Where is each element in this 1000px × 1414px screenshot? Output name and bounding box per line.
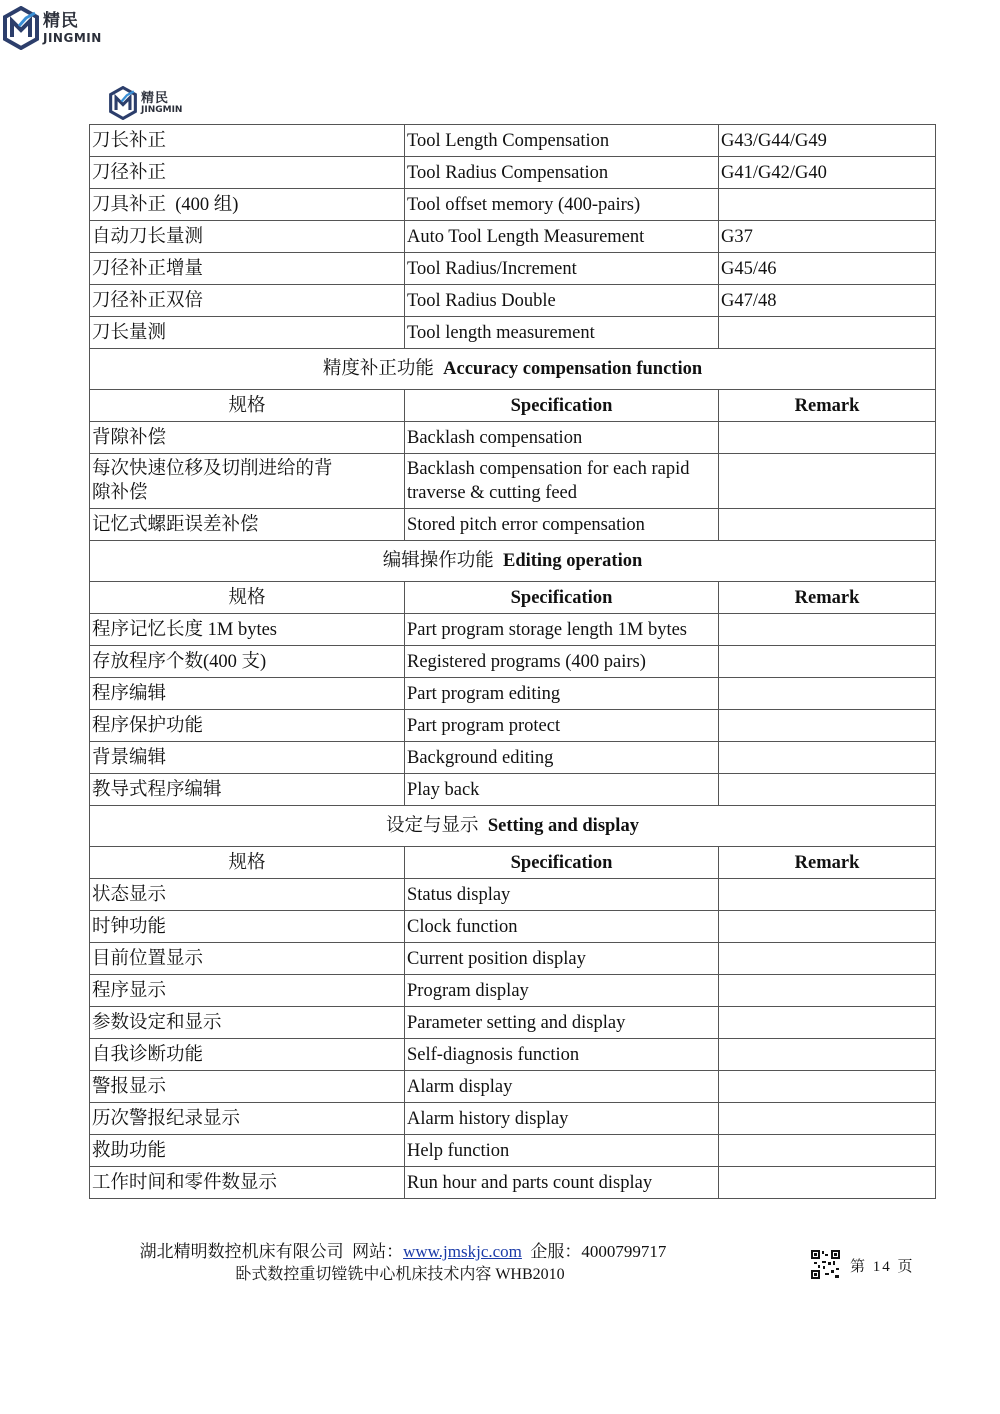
cell-remark xyxy=(719,1007,936,1039)
cell-cn: 刀径补正增量 xyxy=(90,253,405,285)
cell-spec: Help function xyxy=(405,1135,719,1167)
cell-remark xyxy=(719,1039,936,1071)
cell-remark xyxy=(719,614,936,646)
column-header-row: 规格 Specification Remark xyxy=(90,390,936,422)
cell-cn: 程序保护功能 xyxy=(90,710,405,742)
table-row: 程序保护功能 Part program protect xyxy=(90,710,936,742)
cell-remark xyxy=(719,1135,936,1167)
table-row: 程序显示 Program display xyxy=(90,975,936,1007)
cell-remark xyxy=(719,1167,936,1199)
table-row: 历次警报纪录显示 Alarm history display xyxy=(90,1103,936,1135)
cell-spec: Alarm display xyxy=(405,1071,719,1103)
section-title-cn: 编辑操作功能 xyxy=(383,551,494,571)
logo-text-cn: 精民 xyxy=(43,13,102,30)
section-title-accuracy: 精度补正功能 Accuracy compensation function xyxy=(90,349,936,390)
jingmin-logo-icon xyxy=(108,86,138,120)
section-title-editing: 编辑操作功能 Editing operation xyxy=(90,541,936,582)
cell-remark xyxy=(719,1103,936,1135)
cell-remark xyxy=(719,1071,936,1103)
cell-remark: G37 xyxy=(719,221,936,253)
table-row: 刀径补正双倍 Tool Radius Double G47/48 xyxy=(90,285,936,317)
table-row: 刀长补正 Tool Length Compensation G43/G44/G4… xyxy=(90,125,936,157)
cell-spec: Part program protect xyxy=(405,710,719,742)
cell-cn: 教导式程序编辑 xyxy=(90,774,405,806)
cell-remark xyxy=(719,774,936,806)
cell-spec: Current position display xyxy=(405,943,719,975)
cell-cn: 历次警报纪录显示 xyxy=(90,1103,405,1135)
cell-cn: 背隙补偿 xyxy=(90,422,405,454)
cell-cn: 每次快速位移及切削进给的背隙补偿 xyxy=(90,454,405,509)
cell-cn: 参数设定和显示 xyxy=(90,1007,405,1039)
table-row: 刀径补正增量 Tool Radius/Increment G45/46 xyxy=(90,253,936,285)
cell-remark xyxy=(719,189,936,221)
cell-remark xyxy=(719,454,936,509)
column-header-row: 规格 Specification Remark xyxy=(90,582,936,614)
table-row: 背景编辑 Background editing xyxy=(90,742,936,774)
footer-service-phone: 4000799717 xyxy=(581,1242,666,1261)
column-header-remark: Remark xyxy=(719,390,936,422)
cell-spec: Registered programs (400 pairs) xyxy=(405,646,719,678)
table-row: 时钟功能 Clock function xyxy=(90,911,936,943)
column-header-remark: Remark xyxy=(719,582,936,614)
cell-spec: Backlash compensation xyxy=(405,422,719,454)
section-title-setting-display: 设定与显示 Setting and display xyxy=(90,806,936,847)
cell-remark: G41/G42/G40 xyxy=(719,157,936,189)
cell-cn: 状态显示 xyxy=(90,879,405,911)
table-row: 自动刀长量测 Auto Tool Length Measurement G37 xyxy=(90,221,936,253)
cell-remark xyxy=(719,509,936,541)
column-header-spec: Specification xyxy=(405,847,719,879)
column-header-cn: 规格 xyxy=(90,390,405,422)
cell-remark xyxy=(719,710,936,742)
footer-website-label: 网站： xyxy=(352,1242,403,1261)
cell-remark xyxy=(719,911,936,943)
cell-spec: Clock function xyxy=(405,911,719,943)
cell-spec: Part program editing xyxy=(405,678,719,710)
footer-company: 湖北精明数控机床有限公司 xyxy=(140,1242,344,1261)
cell-remark xyxy=(719,678,936,710)
table-row: 记忆式螺距误差补偿 Stored pitch error compensatio… xyxy=(90,509,936,541)
cell-spec: Tool length measurement xyxy=(405,317,719,349)
cell-spec: Self-diagnosis function xyxy=(405,1039,719,1071)
table-row: 参数设定和显示 Parameter setting and display xyxy=(90,1007,936,1039)
table-row: 程序编辑 Part program editing xyxy=(90,678,936,710)
cell-remark xyxy=(719,879,936,911)
cell-cn: 自动刀长量测 xyxy=(90,221,405,253)
table-row: 每次快速位移及切削进给的背隙补偿 Backlash compensation f… xyxy=(90,454,936,509)
cell-remark xyxy=(719,943,936,975)
cell-cn: 背景编辑 xyxy=(90,742,405,774)
cell-cn: 程序显示 xyxy=(90,975,405,1007)
cell-spec: Run hour and parts count display xyxy=(405,1167,719,1199)
column-header-cn: 规格 xyxy=(90,582,405,614)
cell-spec: Background editing xyxy=(405,742,719,774)
cell-cn: 自我诊断功能 xyxy=(90,1039,405,1071)
cell-spec: Parameter setting and display xyxy=(405,1007,719,1039)
cell-cn: 工作时间和零件数显示 xyxy=(90,1167,405,1199)
cell-remark xyxy=(719,422,936,454)
cell-spec: Alarm history display xyxy=(405,1103,719,1135)
section-title-en: Editing operation xyxy=(503,551,642,571)
cell-spec: Part program storage length 1M bytes xyxy=(405,614,719,646)
table-row: 状态显示 Status display xyxy=(90,879,936,911)
table-row: 警报显示 Alarm display xyxy=(90,1071,936,1103)
cell-cn: 目前位置显示 xyxy=(90,943,405,975)
table-row: 刀具补正 (400 组) Tool offset memory (400-pai… xyxy=(90,189,936,221)
table-row: 目前位置显示 Current position display xyxy=(90,943,936,975)
cell-cn: 救助功能 xyxy=(90,1135,405,1167)
footer-website-link[interactable]: www.jmskjc.com xyxy=(403,1242,522,1261)
cell-remark: G47/48 xyxy=(719,285,936,317)
company-logo-inner: 精民 JINGMIN xyxy=(108,86,182,120)
column-header-cn: 规格 xyxy=(90,847,405,879)
cell-cn: 时钟功能 xyxy=(90,911,405,943)
footer-service-label: 企服： xyxy=(530,1242,581,1261)
table-row: 程序记忆长度 1M bytes Part program storage len… xyxy=(90,614,936,646)
table-row: 刀长量测 Tool length measurement xyxy=(90,317,936,349)
section-title-en: Accuracy compensation function xyxy=(443,359,702,379)
cell-spec: Play back xyxy=(405,774,719,806)
cell-spec: Stored pitch error compensation xyxy=(405,509,719,541)
table-row: 刀径补正 Tool Radius Compensation G41/G42/G4… xyxy=(90,157,936,189)
page-number: 第 14 页 xyxy=(850,1255,915,1276)
logo-text-cn: 精民 xyxy=(141,92,182,105)
cell-spec: Backlash compensation for each rapid tra… xyxy=(405,454,719,509)
table-row: 背隙补偿 Backlash compensation xyxy=(90,422,936,454)
qr-code-icon xyxy=(811,1250,840,1279)
cell-spec: Tool Radius/Increment xyxy=(405,253,719,285)
footer-contact-line: 湖北精明数控机床有限公司 网站：www.jmskjc.com 企服：400079… xyxy=(0,1237,903,1262)
cell-spec: Auto Tool Length Measurement xyxy=(405,221,719,253)
jingmin-logo-icon xyxy=(2,6,40,50)
column-header-remark: Remark xyxy=(719,847,936,879)
cell-cn: 刀径补正 xyxy=(90,157,405,189)
cell-cn: 程序编辑 xyxy=(90,678,405,710)
section-title-cn: 设定与显示 xyxy=(386,816,479,836)
table-row: 教导式程序编辑 Play back xyxy=(90,774,936,806)
cell-remark xyxy=(719,742,936,774)
table-row: 工作时间和零件数显示 Run hour and parts count disp… xyxy=(90,1167,936,1199)
cell-spec: Tool Radius Compensation xyxy=(405,157,719,189)
company-logo-top: 精民 JINGMIN xyxy=(2,6,102,50)
cell-cn: 记忆式螺距误差补偿 xyxy=(90,509,405,541)
column-header-row: 规格 Specification Remark xyxy=(90,847,936,879)
cell-remark xyxy=(719,317,936,349)
cell-cn: 刀径补正双倍 xyxy=(90,285,405,317)
cell-spec: Status display xyxy=(405,879,719,911)
cell-remark: G43/G44/G49 xyxy=(719,125,936,157)
cell-remark xyxy=(719,646,936,678)
table-row: 救助功能 Help function xyxy=(90,1135,936,1167)
cell-spec: Tool offset memory (400-pairs) xyxy=(405,189,719,221)
spec-table: 刀长补正 Tool Length Compensation G43/G44/G4… xyxy=(89,124,936,1199)
logo-text-en: JINGMIN xyxy=(43,32,102,44)
cell-remark xyxy=(719,975,936,1007)
cell-cn: 程序记忆长度 1M bytes xyxy=(90,614,405,646)
cell-cn: 刀具补正 (400 组) xyxy=(90,189,405,221)
section-title-en: Setting and display xyxy=(488,816,639,836)
logo-text-en: JINGMIN xyxy=(141,106,182,115)
cell-spec: Tool Radius Double xyxy=(405,285,719,317)
table-row: 存放程序个数(400 支) Registered programs (400 p… xyxy=(90,646,936,678)
column-header-spec: Specification xyxy=(405,582,719,614)
column-header-spec: Specification xyxy=(405,390,719,422)
table-row: 自我诊断功能 Self-diagnosis function xyxy=(90,1039,936,1071)
cell-cn: 刀长补正 xyxy=(90,125,405,157)
footer-doc-title: 卧式数控重切镗铣中心机床技术内容 WHB2010 xyxy=(0,1261,900,1284)
cell-remark: G45/46 xyxy=(719,253,936,285)
cell-cn: 刀长量测 xyxy=(90,317,405,349)
cell-cn: 警报显示 xyxy=(90,1071,405,1103)
cell-cn: 存放程序个数(400 支) xyxy=(90,646,405,678)
section-title-cn: 精度补正功能 xyxy=(323,359,434,379)
cell-spec: Tool Length Compensation xyxy=(405,125,719,157)
cell-spec: Program display xyxy=(405,975,719,1007)
